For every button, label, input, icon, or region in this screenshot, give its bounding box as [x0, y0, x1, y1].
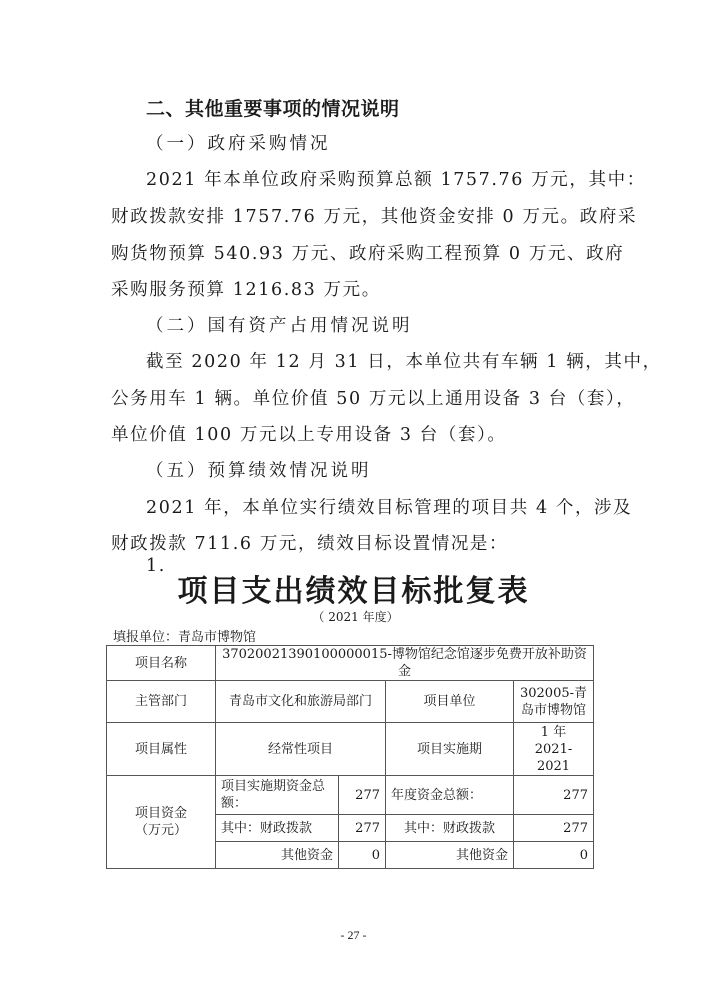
attr-value: 经常性项目	[216, 723, 386, 776]
funds-row-label: 其他资金	[216, 842, 339, 869]
paragraph-line: 单位价值 100 万元以上专用设备 3 台（套）。	[111, 421, 507, 446]
unit-label: 项目单位	[386, 681, 514, 723]
funds-row-label: 年度资金总额：	[386, 776, 514, 815]
paragraph-line: 财政拨款安排 1757.76 万元，其他资金安排 0 万元。政府采	[111, 203, 637, 228]
funds-label-line: 项目资金	[112, 805, 210, 822]
funds-row-value: 0	[514, 842, 594, 869]
funds-label-line: （万元）	[112, 822, 210, 839]
funds-row-label: 其他资金	[386, 842, 514, 869]
period-label: 项目实施期	[386, 723, 514, 776]
table-row: 项目名称 37020021390100000015-博物馆纪念馆逐步免费开放补助…	[107, 646, 594, 681]
funds-row-label: 其中：财政拨款	[386, 815, 514, 842]
subsection-title-procurement: （一）政府采购情况	[146, 130, 331, 155]
unit-value: 302005-青岛市博物馆	[514, 681, 594, 723]
dept-value: 青岛市文化和旅游局部门	[216, 681, 386, 723]
page-number: - 27 -	[0, 928, 707, 943]
project-name-value: 37020021390100000015-博物馆纪念馆逐步免费开放补助资金	[216, 646, 594, 681]
paragraph-line: 财政拨款 711.6 万元，绩效目标设置情况是：	[111, 530, 508, 555]
period-value-line: 2021-2021	[519, 741, 588, 775]
paragraph-line: 截至 2020 年 12 月 31 日，本单位共有车辆 1 辆，其中，	[146, 348, 662, 373]
paragraph-line: 购货物预算 540.93 万元、政府采购工程预算 0 万元、政府	[111, 240, 624, 265]
section-heading: 二、其他重要事项的情况说明	[146, 94, 400, 121]
paragraph-line: 2021 年，本单位实行绩效目标管理的项目共 4 个，涉及	[146, 494, 632, 519]
paragraph-line: 采购服务预算 1216.83 万元。	[111, 276, 381, 301]
funds-row-value: 277	[339, 776, 386, 815]
table-row: 主管部门 青岛市文化和旅游局部门 项目单位 302005-青岛市博物馆	[107, 681, 594, 723]
table-year: （ 2021 年度）	[0, 608, 707, 625]
table-row: 项目属性 经常性项目 项目实施期 1 年2021-2021	[107, 723, 594, 776]
project-name-label: 项目名称	[107, 646, 216, 681]
filler-unit: 填报单位：青岛市博物馆	[113, 626, 256, 645]
subsection-title-assets: （二）国有资产占用情况说明	[146, 312, 413, 337]
funds-row-value: 277	[514, 776, 594, 815]
funds-row-value: 277	[514, 815, 594, 842]
funds-row-label: 其中：财政拨款	[216, 815, 339, 842]
attr-label: 项目属性	[107, 723, 216, 776]
funds-label: 项目资金（万元）	[107, 776, 216, 869]
funds-row-label: 项目实施期资金总额：	[216, 776, 339, 815]
period-value: 1 年2021-2021	[514, 723, 594, 776]
performance-target-table: 项目名称 37020021390100000015-博物馆纪念馆逐步免费开放补助…	[106, 645, 594, 869]
paragraph-line: 2021 年本单位政府采购预算总额 1757.76 万元，其中：	[146, 166, 646, 191]
subsection-title-performance: （五）预算绩效情况说明	[146, 457, 372, 482]
funds-row-value: 277	[339, 815, 386, 842]
table-title: 项目支出绩效目标批复表	[0, 566, 707, 610]
unit-value-line: 302005-青	[519, 685, 588, 702]
funds-row-value: 0	[339, 842, 386, 869]
dept-label: 主管部门	[107, 681, 216, 723]
period-value-line: 1 年	[519, 724, 588, 741]
unit-value-line: 岛市博物馆	[519, 702, 588, 719]
table-row: 项目资金（万元） 项目实施期资金总额： 277 年度资金总额： 277	[107, 776, 594, 815]
paragraph-line: 公务用车 1 辆。单位价值 50 万元以上通用设备 3 台（套），	[111, 385, 635, 410]
